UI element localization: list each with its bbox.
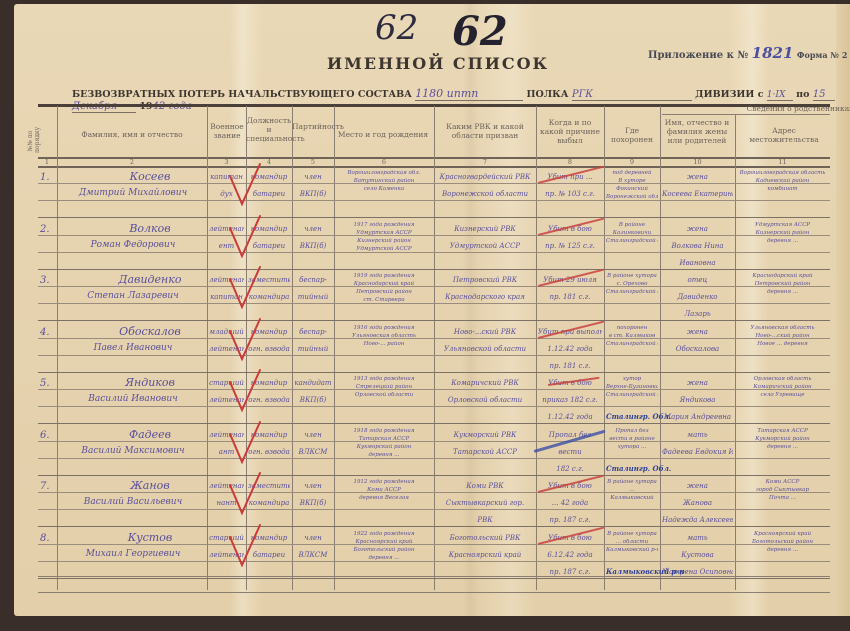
burial-place: В районе: [606, 222, 658, 229]
relative-name: Кустова: [662, 551, 733, 560]
relative-address: Ульяновская область: [737, 325, 828, 332]
header-position: Должность и специальность: [246, 116, 292, 143]
row-line: [38, 441, 830, 442]
column-divider: [536, 106, 537, 590]
row-line: [38, 578, 830, 579]
party-membership: беспар-: [294, 276, 332, 285]
red-check-mark-icon: [226, 214, 266, 262]
burial-place: хутор: [606, 376, 658, 383]
burial-place: Калмыковский р-н: [606, 547, 658, 554]
draft-office: Коми РВК: [436, 482, 534, 491]
burial-place: В хуторе: [606, 178, 658, 185]
given-name-patronymic: Василий Максимович: [62, 446, 204, 457]
draft-office: Татарской АССР: [436, 448, 534, 457]
party-membership: ВКП(б): [294, 242, 332, 251]
relatives-group-divider: [662, 114, 830, 115]
burial-place: В районе хутора: [606, 531, 658, 538]
date-reason-left: 6.12.42 года: [538, 551, 602, 560]
subtitle-prefix: БЕЗВОЗВРАТНЫХ ПОТЕРЬ НАЧАЛЬСТВУЮЩЕГО СОС…: [72, 89, 412, 100]
relative-address: Комаричский район: [737, 384, 828, 391]
row-line: [38, 286, 830, 287]
relative-name: Яндикова: [662, 396, 733, 405]
relative-name: Фадеева Евдокия Ивановна: [662, 448, 733, 457]
birth-place-year: Кизнерский район: [336, 238, 432, 245]
column-divider: [334, 106, 335, 590]
location-stamp: Сталингр. Обл.: [606, 412, 671, 421]
burial-place: В районе хутора: [606, 479, 658, 486]
row-line: [38, 235, 830, 236]
party-membership: ВКП(б): [294, 499, 332, 508]
location-stamp: Калмыковский р-н: [606, 567, 684, 576]
burial-place: Сталинградской области: [606, 341, 658, 348]
birth-place-year: деревня Веселая: [336, 495, 432, 502]
relative-address: Петровский район: [737, 281, 828, 288]
party-membership: ВЛКСМ: [294, 448, 332, 457]
birth-place-year: 1916 года рождения: [336, 325, 432, 332]
row-number: 7.: [40, 481, 50, 492]
header-row-number: №№ по порядку: [27, 129, 57, 153]
relative-address: город Сыктывкар: [737, 487, 828, 494]
draft-office: Орловской области: [436, 396, 534, 405]
column-divider: [207, 106, 208, 590]
birth-place-year: Орловской области: [336, 392, 432, 399]
row-line: [38, 269, 830, 270]
birth-place-year: Красноярский край: [336, 539, 432, 546]
draft-office: Кизнерский РВК: [436, 225, 534, 234]
row-number: 5.: [40, 378, 50, 389]
relative-address: Красноярский край: [737, 531, 828, 538]
row-line: [38, 355, 830, 356]
surname: Яндиков: [95, 376, 205, 389]
column-number: 6: [334, 158, 434, 166]
date-to-label: по: [796, 89, 809, 100]
birth-place-year: 1918 года рождения: [336, 428, 432, 435]
draft-office: Удмуртской АССР: [436, 242, 534, 251]
party-membership: член: [294, 534, 332, 543]
relative-name: мать: [662, 534, 733, 543]
row-number: 8.: [40, 533, 50, 544]
division-label: ДИВИЗИИ с: [695, 89, 763, 100]
header-birth: Место и год рождения: [334, 130, 432, 139]
birth-place-year: 1922 года рождения: [336, 531, 432, 538]
burial-place: похоронен: [606, 325, 658, 332]
party-membership: тийный: [294, 345, 332, 354]
row-line: [38, 200, 830, 201]
party-membership: ВКП(б): [294, 396, 332, 405]
burial-place: Калинковичи: [606, 230, 658, 237]
relative-address: Почта ...: [737, 495, 828, 502]
relative-address: деревня ...: [737, 547, 828, 554]
column-number: 9: [604, 158, 660, 166]
date-reason-left: 182 с.г.: [538, 465, 602, 474]
birth-place-year: Коми АССР: [336, 487, 432, 494]
relative-address: Новое ... деревня: [737, 341, 828, 348]
row-line: [38, 217, 830, 218]
given-name-patronymic: Дмитрий Михайлович: [62, 188, 204, 199]
birth-place-year: Петровский район: [336, 289, 432, 296]
draft-office: Кукморский РВК: [436, 431, 534, 440]
relative-address: Кукморский район: [737, 436, 828, 443]
draft-office: Краснодарского края: [436, 293, 534, 302]
party-membership: член: [294, 225, 332, 234]
date-reason-left: пр. 187 с.г.: [538, 568, 602, 577]
burial-place: Верхне-Бузиновка: [606, 384, 658, 391]
burial-place: вести в районе: [606, 436, 658, 443]
relative-name: Обоскалова: [662, 345, 733, 354]
given-name-patronymic: Василий Васильевич: [62, 497, 204, 508]
relative-address: Краснодарский край: [737, 273, 828, 280]
location-stamp: Сталингр. Обл.: [606, 464, 671, 473]
row-line: [38, 423, 830, 424]
form-label: Форма № 2: [797, 50, 847, 60]
relative-name: Жанова: [662, 499, 733, 508]
date-reason-left: 1.12.42 года: [538, 345, 602, 354]
draft-office: Красногвардейский РВК: [436, 173, 534, 182]
relative-name: Волкова Нина: [662, 242, 733, 251]
relative-address: деревня ...: [737, 444, 828, 451]
relative-name: жена: [662, 379, 733, 388]
burial-place: Фокинский: [606, 186, 658, 193]
birth-place-year: Ново-... район: [336, 341, 432, 348]
date-reason-left: ... 42 года: [538, 499, 602, 508]
draft-office: Боготольский РВК: [436, 534, 534, 543]
surname: Косеев: [95, 170, 205, 183]
relative-name: жена: [662, 173, 733, 182]
birth-place-year: 1919 года рождения: [336, 273, 432, 280]
column-number: 7: [434, 158, 536, 166]
relative-name: Надежда Алексеевна: [662, 516, 733, 525]
row-line: [38, 492, 830, 493]
burial-place: Калмыковский: [606, 495, 658, 502]
relative-address: Кадиевский район: [737, 178, 828, 185]
row-line: [38, 303, 830, 304]
birth-place-year: 1912 года рождения: [336, 479, 432, 486]
surname: Жанов: [95, 479, 205, 492]
column-divider: [434, 106, 435, 590]
date-from: 1·IX: [767, 90, 793, 101]
column-number: 5: [292, 158, 334, 166]
birth-place-year: 1913 года рождения: [336, 376, 432, 383]
relative-name: Давиденко: [662, 293, 733, 302]
red-check-mark-icon: [226, 523, 266, 571]
burial-place: под деревней: [606, 170, 658, 177]
burial-place: ...: [606, 487, 658, 494]
row-line: [38, 252, 830, 253]
relative-address: Боготольский район: [737, 539, 828, 546]
row-line: [38, 389, 830, 390]
row-line: [38, 372, 830, 373]
draft-office: РВК: [436, 516, 534, 525]
birth-place-year: Ворошиловградская обл.: [336, 170, 432, 177]
relative-name: Косеева Екатерина Ивановна: [662, 190, 733, 199]
row-number: 2.: [40, 224, 50, 235]
relative-name: жена: [662, 225, 733, 234]
draft-office: Ново-...ский РВК: [436, 328, 534, 337]
burial-place: Сталинградской обл.: [606, 238, 658, 245]
surname: Волков: [95, 222, 205, 235]
row-line: [38, 544, 830, 545]
row-line: [38, 406, 830, 407]
red-check-mark-icon: [226, 265, 266, 313]
given-name-patronymic: Роман Федорович: [62, 240, 204, 251]
archive-number-ink: 62: [452, 8, 508, 55]
column-number: 8: [536, 158, 604, 166]
row-line: [38, 320, 830, 321]
party-membership: ВЛКСМ: [294, 551, 332, 560]
relative-address: Орловская область: [737, 376, 828, 383]
party-membership: тийный: [294, 293, 332, 302]
red-check-mark-icon: [226, 368, 266, 416]
birth-place-year: деревня ...: [336, 555, 432, 562]
party-membership: ВКП(б): [294, 190, 332, 199]
birth-place-year: Кукморский район: [336, 444, 432, 451]
party-membership: член: [294, 482, 332, 491]
date-to-day: 15: [813, 89, 835, 101]
relative-name: жена: [662, 482, 733, 491]
row-line: [38, 183, 830, 184]
party-membership: член: [294, 431, 332, 440]
burial-place: в ст. Калмыков: [606, 333, 658, 340]
row-line: [38, 458, 830, 459]
red-check-mark-icon: [226, 317, 266, 365]
surname: Кустов: [95, 531, 205, 544]
burial-place: Пропал без: [606, 428, 658, 435]
header-rvk: Каким РВК и какой области призван: [436, 122, 534, 140]
header-relatives-group: Сведения о родственниках: [740, 104, 850, 113]
row-line: [38, 561, 830, 562]
column-number: 1: [37, 158, 57, 166]
header-address: Адрес местожительства: [738, 126, 830, 144]
header-party: Партийность: [292, 122, 332, 131]
relative-address: Кизнерский район: [737, 230, 828, 237]
burial-place: Воронежской области: [606, 194, 658, 201]
header-full-name: Фамилия, имя и отчество: [58, 130, 206, 139]
date-reason-left: пр. 181 с.г.: [538, 362, 602, 371]
column-divider: [57, 106, 58, 590]
header-relatives-name: Имя, отчество и фамилия жены или родител…: [662, 118, 732, 145]
draft-office: Сыктывкарский гор.: [436, 499, 534, 508]
draft-office: Комаричский РВК: [436, 379, 534, 388]
burial-place: хутора ...: [606, 444, 658, 451]
draft-office: Петровский РВК: [436, 276, 534, 285]
date-to-month: Декабря: [72, 101, 136, 113]
relative-address: Татарская АССР: [737, 428, 828, 435]
given-name-patronymic: Михаил Георгиевич: [62, 549, 204, 560]
birth-place-year: Ватутинский район: [336, 178, 432, 185]
burial-place: Сталинградской обл.: [606, 289, 658, 296]
relative-address: деревня ...: [737, 289, 828, 296]
column-divider: [735, 114, 736, 590]
row-number: 6.: [40, 430, 50, 441]
party-membership: член: [294, 173, 332, 182]
date-reason-left: пр. 181 с.г.: [538, 293, 602, 302]
draft-office: Ульяновской области: [436, 345, 534, 354]
party-membership: беспар-: [294, 328, 332, 337]
archive-number-pencil: 62: [375, 8, 418, 48]
date-reason-left: пр. № 103 с.г.: [538, 190, 602, 199]
birth-place-year: село Каменка: [336, 186, 432, 193]
date-reason-left: 1.12.42 года: [538, 413, 602, 422]
draft-office: Красноярский край: [436, 551, 534, 560]
column-divider: [660, 106, 661, 590]
given-name-patronymic: Василий Иванович: [62, 394, 204, 405]
row-number: 4.: [40, 327, 50, 338]
document-title: ИМЕННОЙ СПИСОК: [327, 54, 549, 73]
red-check-mark-icon: [226, 471, 266, 519]
birth-place-year: деревня ...: [336, 452, 432, 459]
relative-address: село Угревище: [737, 392, 828, 399]
surname: Давиденко: [95, 273, 205, 286]
burial-place: ... области: [606, 539, 658, 546]
relative-address: Удмуртская АССР: [737, 222, 828, 229]
row-line: [38, 475, 830, 476]
birth-place-year: ст. Старвера: [336, 297, 432, 304]
draft-office: Воронежской области: [436, 190, 534, 199]
birth-place-year: Татарская АССР: [336, 436, 432, 443]
birth-place-year: 1917 года рождения: [336, 222, 432, 229]
relative-address: комбинат: [737, 186, 828, 193]
relative-name: мать: [662, 431, 733, 440]
date-reason-left: приказ 182 с.г.: [538, 396, 602, 405]
surname: Фадеев: [95, 428, 205, 441]
relative-name: Мария Андреевна: [662, 413, 733, 422]
column-number: 2: [57, 158, 207, 166]
birth-place-year: Краснодарский край: [336, 281, 432, 288]
header-rank: Военное звание: [209, 122, 245, 140]
red-check-mark-icon: [226, 162, 266, 210]
red-check-mark-icon: [226, 420, 266, 468]
column-number: 10: [660, 158, 735, 166]
birth-place-year: Стрелецкий район: [336, 384, 432, 391]
burial-place: В районе хутора: [606, 273, 658, 280]
date-reason-left: пр. 187 с.г.: [538, 516, 602, 525]
relative-name: жена: [662, 328, 733, 337]
column-number: 11: [735, 158, 830, 166]
given-name-patronymic: Степан Лазаревич: [62, 291, 204, 302]
party-membership: кандидат: [294, 379, 332, 388]
row-line: [38, 338, 830, 339]
birth-place-year: Удмуртская АССР: [336, 230, 432, 237]
burial-place: Сталинградской обл.: [606, 392, 658, 399]
subtitle-line: БЕЗВОЗВРАТНЫХ ПОТЕРЬ НАЧАЛЬСТВУЮЩЕГО СОС…: [72, 87, 850, 113]
column-divider: [292, 106, 293, 590]
empty-row-line: [38, 592, 830, 593]
unit-value: 1180 иптп: [415, 87, 523, 101]
relative-address: Коми АССР: [737, 479, 828, 486]
appendix-label: Приложение к №: [648, 50, 748, 61]
given-name-patronymic: Павел Иванович: [62, 343, 204, 354]
appendix-number: 1821: [752, 44, 794, 62]
header-left: Когда и по какой причине выбыл: [538, 118, 602, 145]
row-number: 3.: [40, 275, 50, 286]
burial-place: с. Орехово: [606, 281, 658, 288]
relative-name: Ивановна: [662, 259, 733, 268]
appendix-stamp: Приложение к № 1821 Форма № 2: [648, 44, 847, 62]
birth-place-year: Ульяновская область: [336, 333, 432, 340]
row-line: [38, 509, 830, 510]
column-divider: [604, 106, 605, 590]
regiment-value: РГК: [572, 89, 692, 101]
relative-name: отец: [662, 276, 733, 285]
relative-address: Ново-...ский район: [737, 333, 828, 340]
birth-place-year: Боготольский район: [336, 547, 432, 554]
relative-address: деревня ...: [737, 238, 828, 245]
birth-place-year: Удмуртской АССР: [336, 246, 432, 253]
row-number: 1.: [40, 172, 50, 183]
date-reason-left: пр. № 125 с.г.: [538, 242, 602, 251]
relative-name: Лазарь: [662, 310, 733, 319]
relative-address: Ворошиловградская область: [737, 170, 828, 177]
header-buried: Где похоронен: [606, 126, 658, 144]
surname: Обоскалов: [95, 325, 205, 338]
regiment-label: ПОЛКА: [527, 89, 569, 100]
row-line: [38, 526, 830, 527]
